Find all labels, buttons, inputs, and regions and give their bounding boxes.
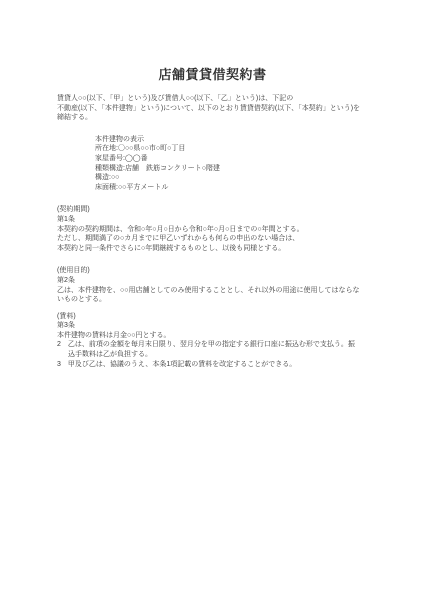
section-text-line: 本件建物の賃料は月金○○円とする。 [57,331,387,341]
article-number: 第1条 [57,215,387,225]
section-text-line: 2 乙は、前項の金額を毎月末日限り、翌月分を甲の指定する銀行口座に振込む形で支払… [57,340,387,350]
document-body: 賃貸人○○(以下、「甲」という)及び賃借人○○(以下、「乙」という)は、下記の … [57,94,387,369]
intro-line: 締結する。 [57,113,387,123]
section-text-line: 本契約の契約期間は、令和○年○月○日から令和○年○月○日までの○年間とする。 [57,225,387,235]
section-text-line: 乙は、本件建物を、○○用店舗としてのみ使用することとし、それ以外の用途に使用して… [57,286,387,296]
property-type-structure: 種類構造:店舗 鉄筋コンクリート○階建 [95,164,387,174]
section-contract-term: (契約期間) 第1条 本契約の契約期間は、令和○年○月○日から令和○年○月○日ま… [57,205,387,253]
section-heading: (使用目的) [57,266,387,276]
property-address: 所在地:〇○○県○○市○町○丁目 [95,144,387,154]
section-text-line: 本契約と同一条件でさらに○年間継続するものとし、以後も同様とする。 [57,244,387,254]
property-structure: 構造:○○ [95,173,387,183]
property-description-block: 本件建物の表示 所在地:〇○○県○○市○町○丁目 家屋番号:◯◯番 種類構造:店… [95,135,387,193]
section-use-purpose: (使用目的) 第2条 乙は、本件建物を、○○用店舗としてのみ使用することとし、そ… [57,266,387,304]
section-heading: (契約期間) [57,205,387,215]
section-rent: (賃料) 第3条 本件建物の賃料は月金○○円とする。 2 乙は、前項の金額を毎月… [57,312,387,370]
section-text-line-continuation: 込手数料は乙が負担する。 [57,350,387,360]
property-house-number: 家屋番号:◯◯番 [95,154,387,164]
property-floor-area: 床面積:○○平方メートル [95,183,387,193]
section-text-line: いものとする。 [57,295,387,305]
article-number: 第2条 [57,276,387,286]
section-text-line: ただし、期間満了の○カ月までに甲乙いずれからも何らの申出のない場合は、 [57,234,387,244]
section-heading: (賃料) [57,312,387,322]
document-title: 店舗賃貸借契約書 [0,64,425,83]
contract-document-page: 店舗賃貸借契約書 賃貸人○○(以下、「甲」という)及び賃借人○○(以下、「乙」と… [0,0,425,600]
intro-paragraph: 賃貸人○○(以下、「甲」という)及び賃借人○○(以下、「乙」という)は、下記の … [57,94,387,123]
article-number: 第3条 [57,321,387,331]
section-text-line: 3 甲及び乙は、協議のうえ、本条1項記載の賃料を改定することができる。 [57,360,387,370]
property-heading: 本件建物の表示 [95,135,387,145]
intro-line: 賃貸人○○(以下、「甲」という)及び賃借人○○(以下、「乙」という)は、下記の [57,94,387,104]
intro-line: 不動産(以下、「本件建物」という)について、以下のとおり賃貸借契約(以下、「本契… [57,104,387,114]
